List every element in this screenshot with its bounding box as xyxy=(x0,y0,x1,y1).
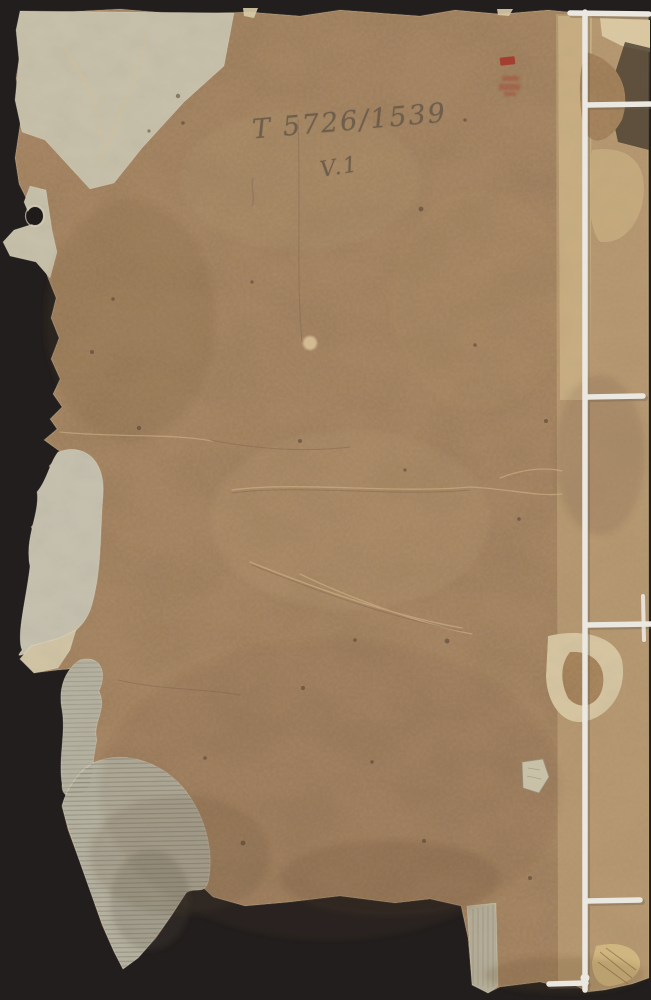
thread-edge-wrap xyxy=(643,596,644,640)
thread-stitch-3 xyxy=(587,624,651,625)
book xyxy=(3,8,651,993)
photo-stage: T 5726/1539 V.1 xyxy=(0,0,651,1000)
thread-stitch-2 xyxy=(587,396,643,397)
thread-stitch-4 xyxy=(587,900,640,901)
thread-stitch-1 xyxy=(587,104,651,105)
thread-knot xyxy=(581,974,590,983)
thread-stitch-bottom-edge xyxy=(549,983,586,984)
book-cover-photo xyxy=(0,0,651,1000)
light-worn-spot xyxy=(303,336,317,350)
worm-hole xyxy=(26,206,45,227)
thread-stitch-top-edge xyxy=(570,13,649,14)
